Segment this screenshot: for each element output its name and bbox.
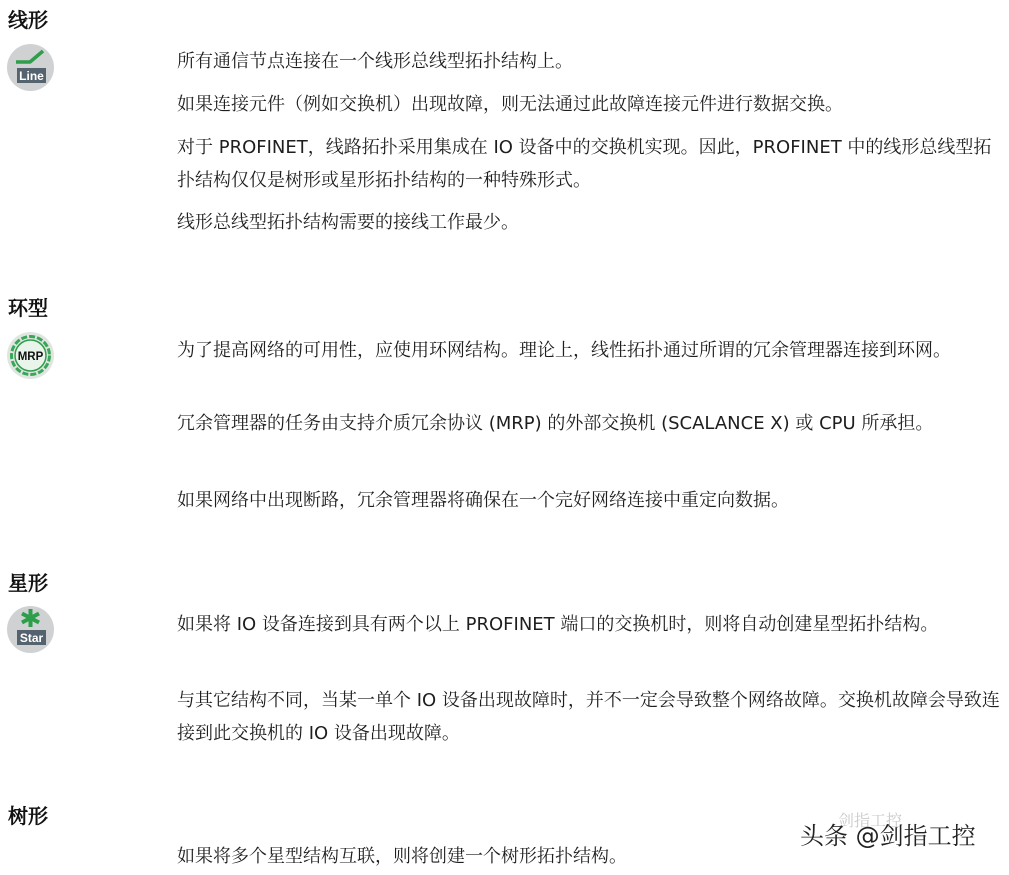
line-topology-icon: Line [7, 44, 54, 91]
paragraph: 如果网络中出现断路，冗余管理器将确保在一个完好网络连接中重定向数据。 [177, 484, 1002, 517]
svg-text:MRP: MRP [18, 351, 44, 363]
paragraph: 线形总线型拓扑结构需要的接线工作最少。 [177, 206, 1002, 239]
paragraph: 为了提高网络的可用性，应使用环网结构。理论上，线性拓扑通过所谓的冗余管理器连接到… [177, 334, 1002, 367]
paragraph: 所有通信节点连接在一个线形总线型拓扑结构上。 [177, 45, 1002, 78]
star-topology-icon: Star [7, 606, 54, 653]
paragraph: 对于 PROFINET，线路拓扑采用集成在 IO 设备中的交换机实现。因此，PR… [177, 131, 1002, 197]
paragraph: 冗余管理器的任务由支持介质冗余协议 (MRP) 的外部交换机 (SCALANCE… [177, 407, 1002, 440]
svg-text:Line: Line [19, 69, 44, 83]
section-title-line: 线形 [8, 4, 48, 33]
section-title-tree: 树形 [8, 800, 48, 829]
section-title-star: 星形 [8, 567, 48, 596]
paragraph: 如果连接元件（例如交换机）出现故障，则无法通过此故障连接元件进行数据交换。 [177, 88, 1002, 121]
mrp-ring-icon: MRP [7, 332, 54, 379]
watermark: 头条 @剑指工控 [800, 816, 976, 851]
section-title-ring: 环型 [8, 292, 48, 321]
paragraph: 与其它结构不同，当某一单个 IO 设备出现故障时，并不一定会导致整个网络故障。交… [177, 684, 1002, 750]
paragraph: 如果将 IO 设备连接到具有两个以上 PROFINET 端口的交换机时，则将自动… [177, 608, 1002, 641]
svg-text:Star: Star [20, 631, 44, 645]
